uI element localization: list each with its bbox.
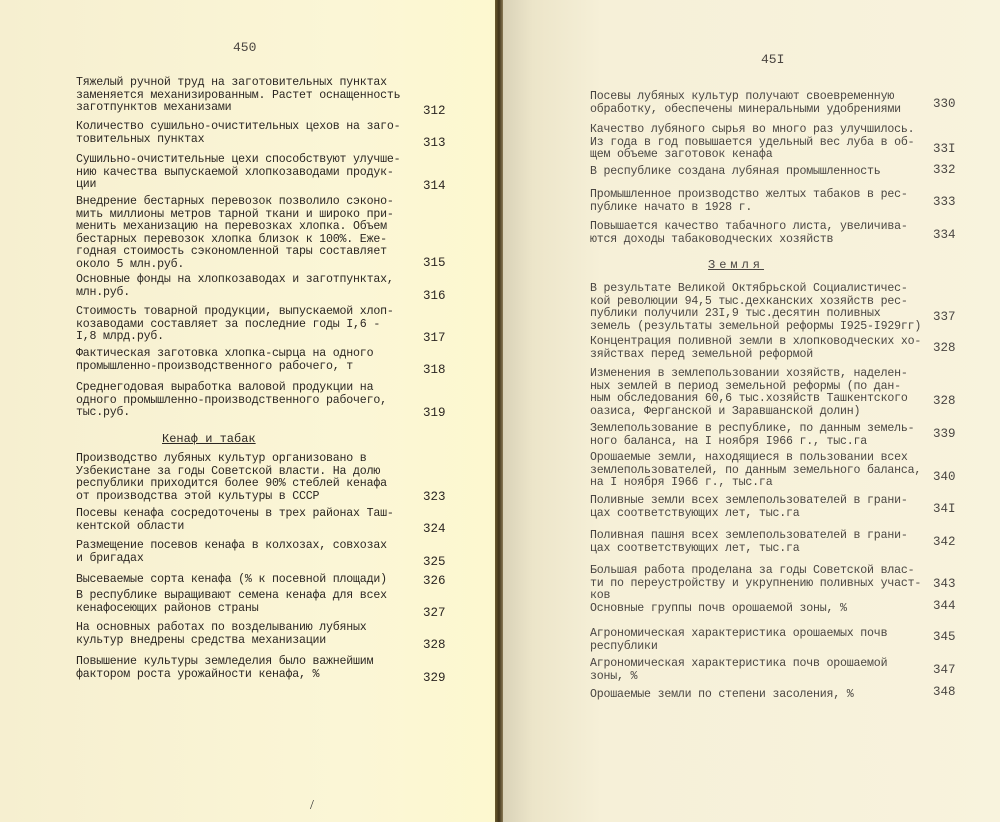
toc-entry: Основные группы почв орошаемой зоны, %	[590, 603, 847, 616]
book-spread: 450 Тяжелый ручной труд на заготовительн…	[0, 0, 1000, 822]
table-ref: 339	[933, 427, 956, 441]
section-heading: Кенаф и табак	[162, 432, 256, 446]
table-ref: 327	[423, 606, 446, 620]
table-ref: 312	[423, 104, 446, 118]
toc-entry: Орошаемые земли по степени засоления, %	[590, 689, 854, 702]
toc-entry: Фактическая заготовка хлопка-сырца на од…	[76, 348, 373, 373]
toc-entry: Размещение посевов кенафа в колхозах, со…	[76, 540, 387, 565]
toc-entry: Большая работа проделана за годы Советск…	[590, 565, 921, 603]
section-heading: Земля	[708, 258, 764, 272]
toc-entry: Посевы кенафа сосредоточены в трех район…	[76, 508, 394, 533]
table-ref: 337	[933, 310, 956, 324]
table-ref: 340	[933, 470, 956, 484]
toc-entry: Орошаемые земли, находящиеся в пользован…	[590, 452, 921, 490]
toc-entry: В республике выращивают семена кенафа дл…	[76, 590, 387, 615]
table-ref: 343	[933, 577, 956, 591]
table-ref: 345	[933, 630, 956, 644]
table-ref: 313	[423, 136, 446, 150]
toc-entry: Поливная пашня всех землепользователей в…	[590, 530, 908, 555]
table-ref: 328	[933, 394, 956, 408]
toc-entry: Изменения в землепользовании хозяйств, н…	[590, 368, 908, 418]
pen-mark: /	[310, 798, 314, 814]
toc-entry: Поливные земли всех землепользователей в…	[590, 495, 908, 520]
table-ref: 33I	[933, 142, 956, 156]
table-ref: 342	[933, 535, 956, 549]
toc-entry: Стоимость товарной продукции, выпускаемо…	[76, 306, 394, 344]
toc-entry: Концентрация поливной земли в хлопководч…	[590, 336, 921, 361]
toc-entry: Агрономическая характеристика почв ороша…	[590, 658, 887, 683]
table-ref: 332	[933, 163, 956, 177]
toc-entry: Производство лубяных культур организован…	[76, 453, 387, 503]
toc-entry: Повышение культуры земледелия было важне…	[76, 656, 373, 681]
toc-entry: В республике создана лубяная промышленно…	[590, 166, 881, 179]
page-number: 45I	[761, 52, 784, 67]
table-ref: 324	[423, 522, 446, 536]
toc-entry: Повышается качество табачного листа, уве…	[590, 221, 908, 246]
table-ref: 315	[423, 256, 446, 270]
table-ref: 317	[423, 331, 446, 345]
toc-entry: Количество сушильно-очистительных цехов …	[76, 121, 400, 146]
table-ref: 325	[423, 555, 446, 569]
toc-entry: В результате Великой Октябрьской Социали…	[590, 283, 921, 333]
table-ref: 316	[423, 289, 446, 303]
table-ref: 330	[933, 97, 956, 111]
table-ref: 329	[423, 671, 446, 685]
table-ref: 348	[933, 685, 956, 699]
toc-entry: Посевы лубяных культур получают своеврем…	[590, 91, 901, 116]
toc-entry: Агрономическая характеристика орошаемых …	[590, 628, 887, 653]
table-ref: 323	[423, 490, 446, 504]
table-ref: 34I	[933, 502, 956, 516]
toc-entry: Среднегодовая выработка валовой продукци…	[76, 382, 387, 420]
toc-entry: Землепользование в республике, по данным…	[590, 423, 914, 448]
table-ref: 328	[423, 638, 446, 652]
toc-entry: Внедрение бестарных перевозок позволило …	[76, 196, 394, 272]
table-ref: 319	[423, 406, 446, 420]
toc-entry: Сушильно-очистительные цехи способствуют…	[76, 154, 400, 192]
toc-entry: Качество лубяного сырья во много раз улу…	[590, 124, 914, 162]
page-number: 450	[233, 40, 256, 55]
table-ref: 314	[423, 179, 446, 193]
toc-entry: На основных работах по возделыванию лубя…	[76, 622, 367, 647]
table-ref: 334	[933, 228, 956, 242]
toc-entry: Тяжелый ручной труд на заготовительных п…	[76, 77, 400, 115]
table-ref: 318	[423, 363, 446, 377]
book-gutter	[495, 0, 503, 822]
table-ref: 326	[423, 574, 446, 588]
left-page: 450 Тяжелый ручной труд на заготовительн…	[0, 0, 497, 822]
table-ref: 347	[933, 663, 956, 677]
toc-entry: Основные фонды на хлопкозаводах и заготп…	[76, 274, 394, 299]
table-ref: 344	[933, 599, 956, 613]
table-ref: 333	[933, 195, 956, 209]
table-ref: 328	[933, 341, 956, 355]
right-page: 45I Посевы лубяных культур получают свое…	[503, 0, 1000, 822]
toc-entry: Промышленное производство желтых табаков…	[590, 189, 908, 214]
toc-entry: Высеваемые сорта кенафа (% к посевной пл…	[76, 574, 387, 587]
